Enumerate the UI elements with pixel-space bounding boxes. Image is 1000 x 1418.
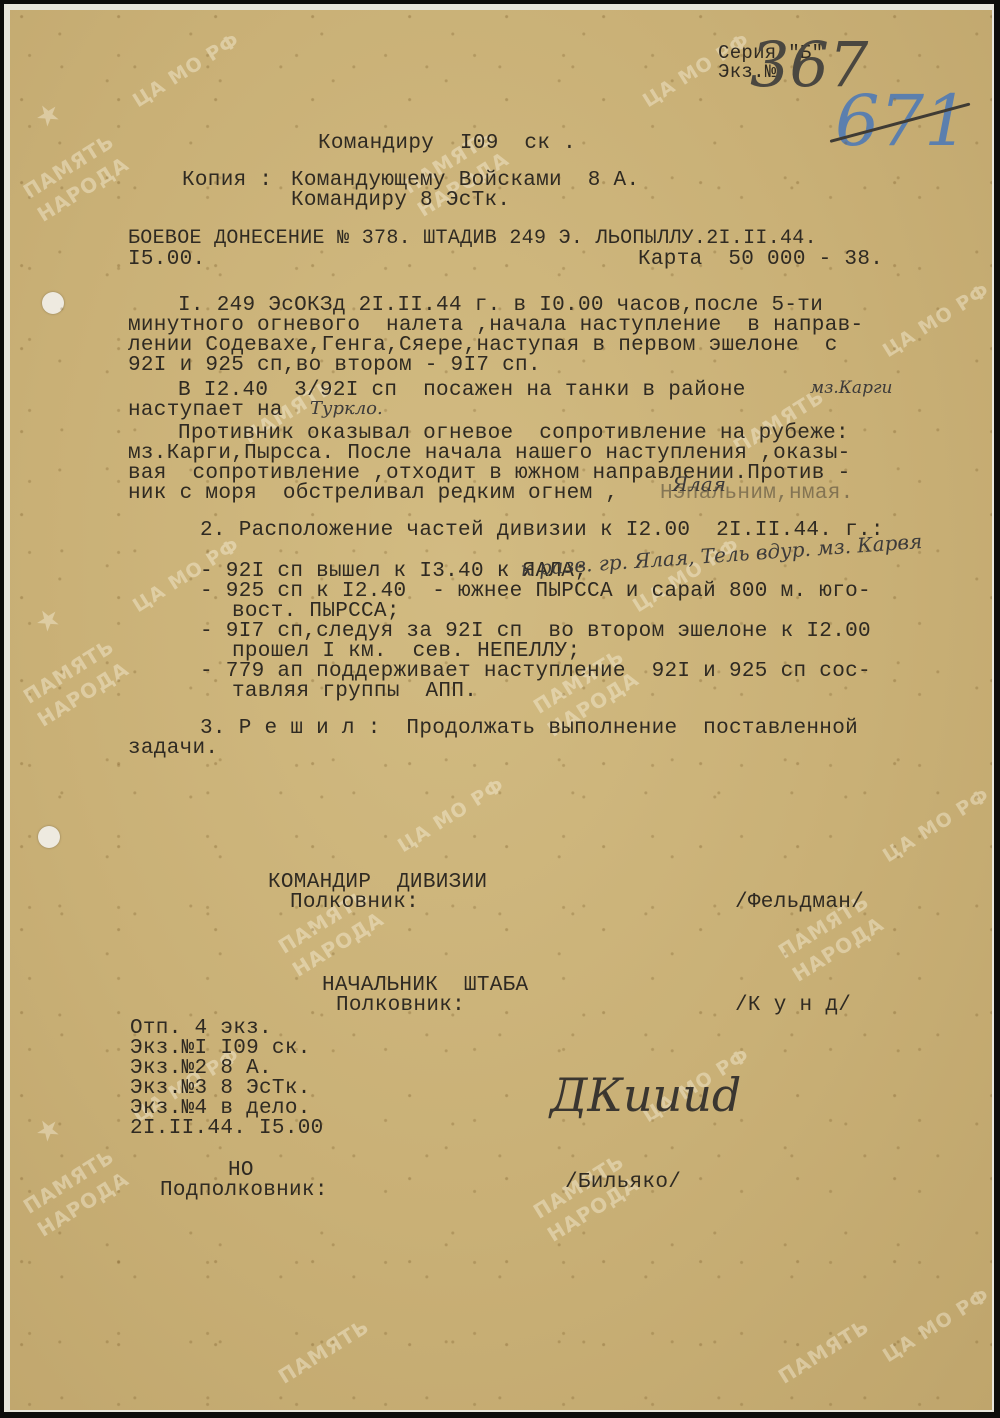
map-reference: Карта 50 000 - 38. xyxy=(638,249,883,271)
handwritten-signature: ДКиииd xyxy=(550,1068,741,1122)
decision-line-2: задачи. xyxy=(128,738,218,760)
copy-recipient-2: Командиру 8 ЭсТк. xyxy=(291,190,510,212)
watermark-naroda: НАРОДА xyxy=(34,658,132,730)
handwritten-correction-yalaya: Ялая xyxy=(672,472,726,496)
watermark-pamyat: ПАМЯТЬ xyxy=(275,1316,372,1387)
watermark-pamyat: ПАМЯТЬ xyxy=(20,636,117,707)
commander-name: /Фельдман/ xyxy=(735,892,864,914)
commander-rank: Полковник: xyxy=(290,892,419,914)
decision-line-1: 3. Р е ш и л : Продолжать выполнение пос… xyxy=(200,718,858,740)
section1-advances-line: наступает на xyxy=(128,400,283,422)
punch-hole-bottom xyxy=(38,826,60,848)
watermark-camo: ЦА МО РФ xyxy=(880,1286,992,1366)
watermark-pamyat: ПАМЯТЬ xyxy=(20,131,117,202)
handwritten-correction-karghi: мз.Карги xyxy=(810,378,893,398)
watermark-camo: ЦА МО РФ xyxy=(395,776,508,856)
distribution-line: 2I.II.44. I5.00 xyxy=(130,1118,324,1140)
punch-hole-top xyxy=(42,292,64,314)
handwritten-correction-turklo: Туркло. xyxy=(310,398,383,419)
ops-officer-rank: Подполковник: xyxy=(160,1180,328,1202)
watermark-camo: ЦА МО РФ xyxy=(880,281,992,361)
report-title: БОЕВОЕ ДОНЕСЕНИЕ № 378. ШТАДИВ 249 Э. ЛЬ… xyxy=(128,228,817,250)
chief-of-staff-name: /К у н д/ xyxy=(735,995,851,1017)
ops-officer-name: /Бильяко/ xyxy=(565,1172,681,1194)
chief-of-staff-rank: Полковник: xyxy=(336,995,465,1017)
document-page: ★ ПАМЯТЬ НАРОДА ЦА МО РФ ЦА МО РФ ПАМЯТЬ… xyxy=(10,10,992,1410)
watermark-camo: ЦА МО РФ xyxy=(880,786,992,866)
watermark-pamyat: ПАМЯТЬ xyxy=(775,1316,872,1387)
section1-line-4: 92I и 925 сп,во втором - 9I7 сп. xyxy=(128,355,541,377)
enemy-line-4: ник с моря обстреливал редким огнем , xyxy=(128,483,618,505)
position-item-779-cont: тавляя группы АПП. xyxy=(232,681,477,703)
watermark-pamyat: ПАМЯТЬ xyxy=(20,1146,117,1217)
watermark-naroda: НАРОДА xyxy=(289,908,387,980)
star-watermark-icon: ★ xyxy=(30,1112,66,1149)
watermark-naroda: НАРОДА xyxy=(34,1168,132,1240)
copy-label: Копия : xyxy=(182,170,272,192)
star-watermark-icon: ★ xyxy=(30,97,66,134)
watermark-camo: ЦА МО РФ xyxy=(130,31,243,111)
report-time: I5.00. xyxy=(128,249,205,271)
star-watermark-icon: ★ xyxy=(30,602,66,639)
addressee-to: Командиру I09 ск . xyxy=(318,133,576,155)
watermark-naroda: НАРОДА xyxy=(789,913,887,985)
watermark-naroda: НАРОДА xyxy=(34,153,132,225)
